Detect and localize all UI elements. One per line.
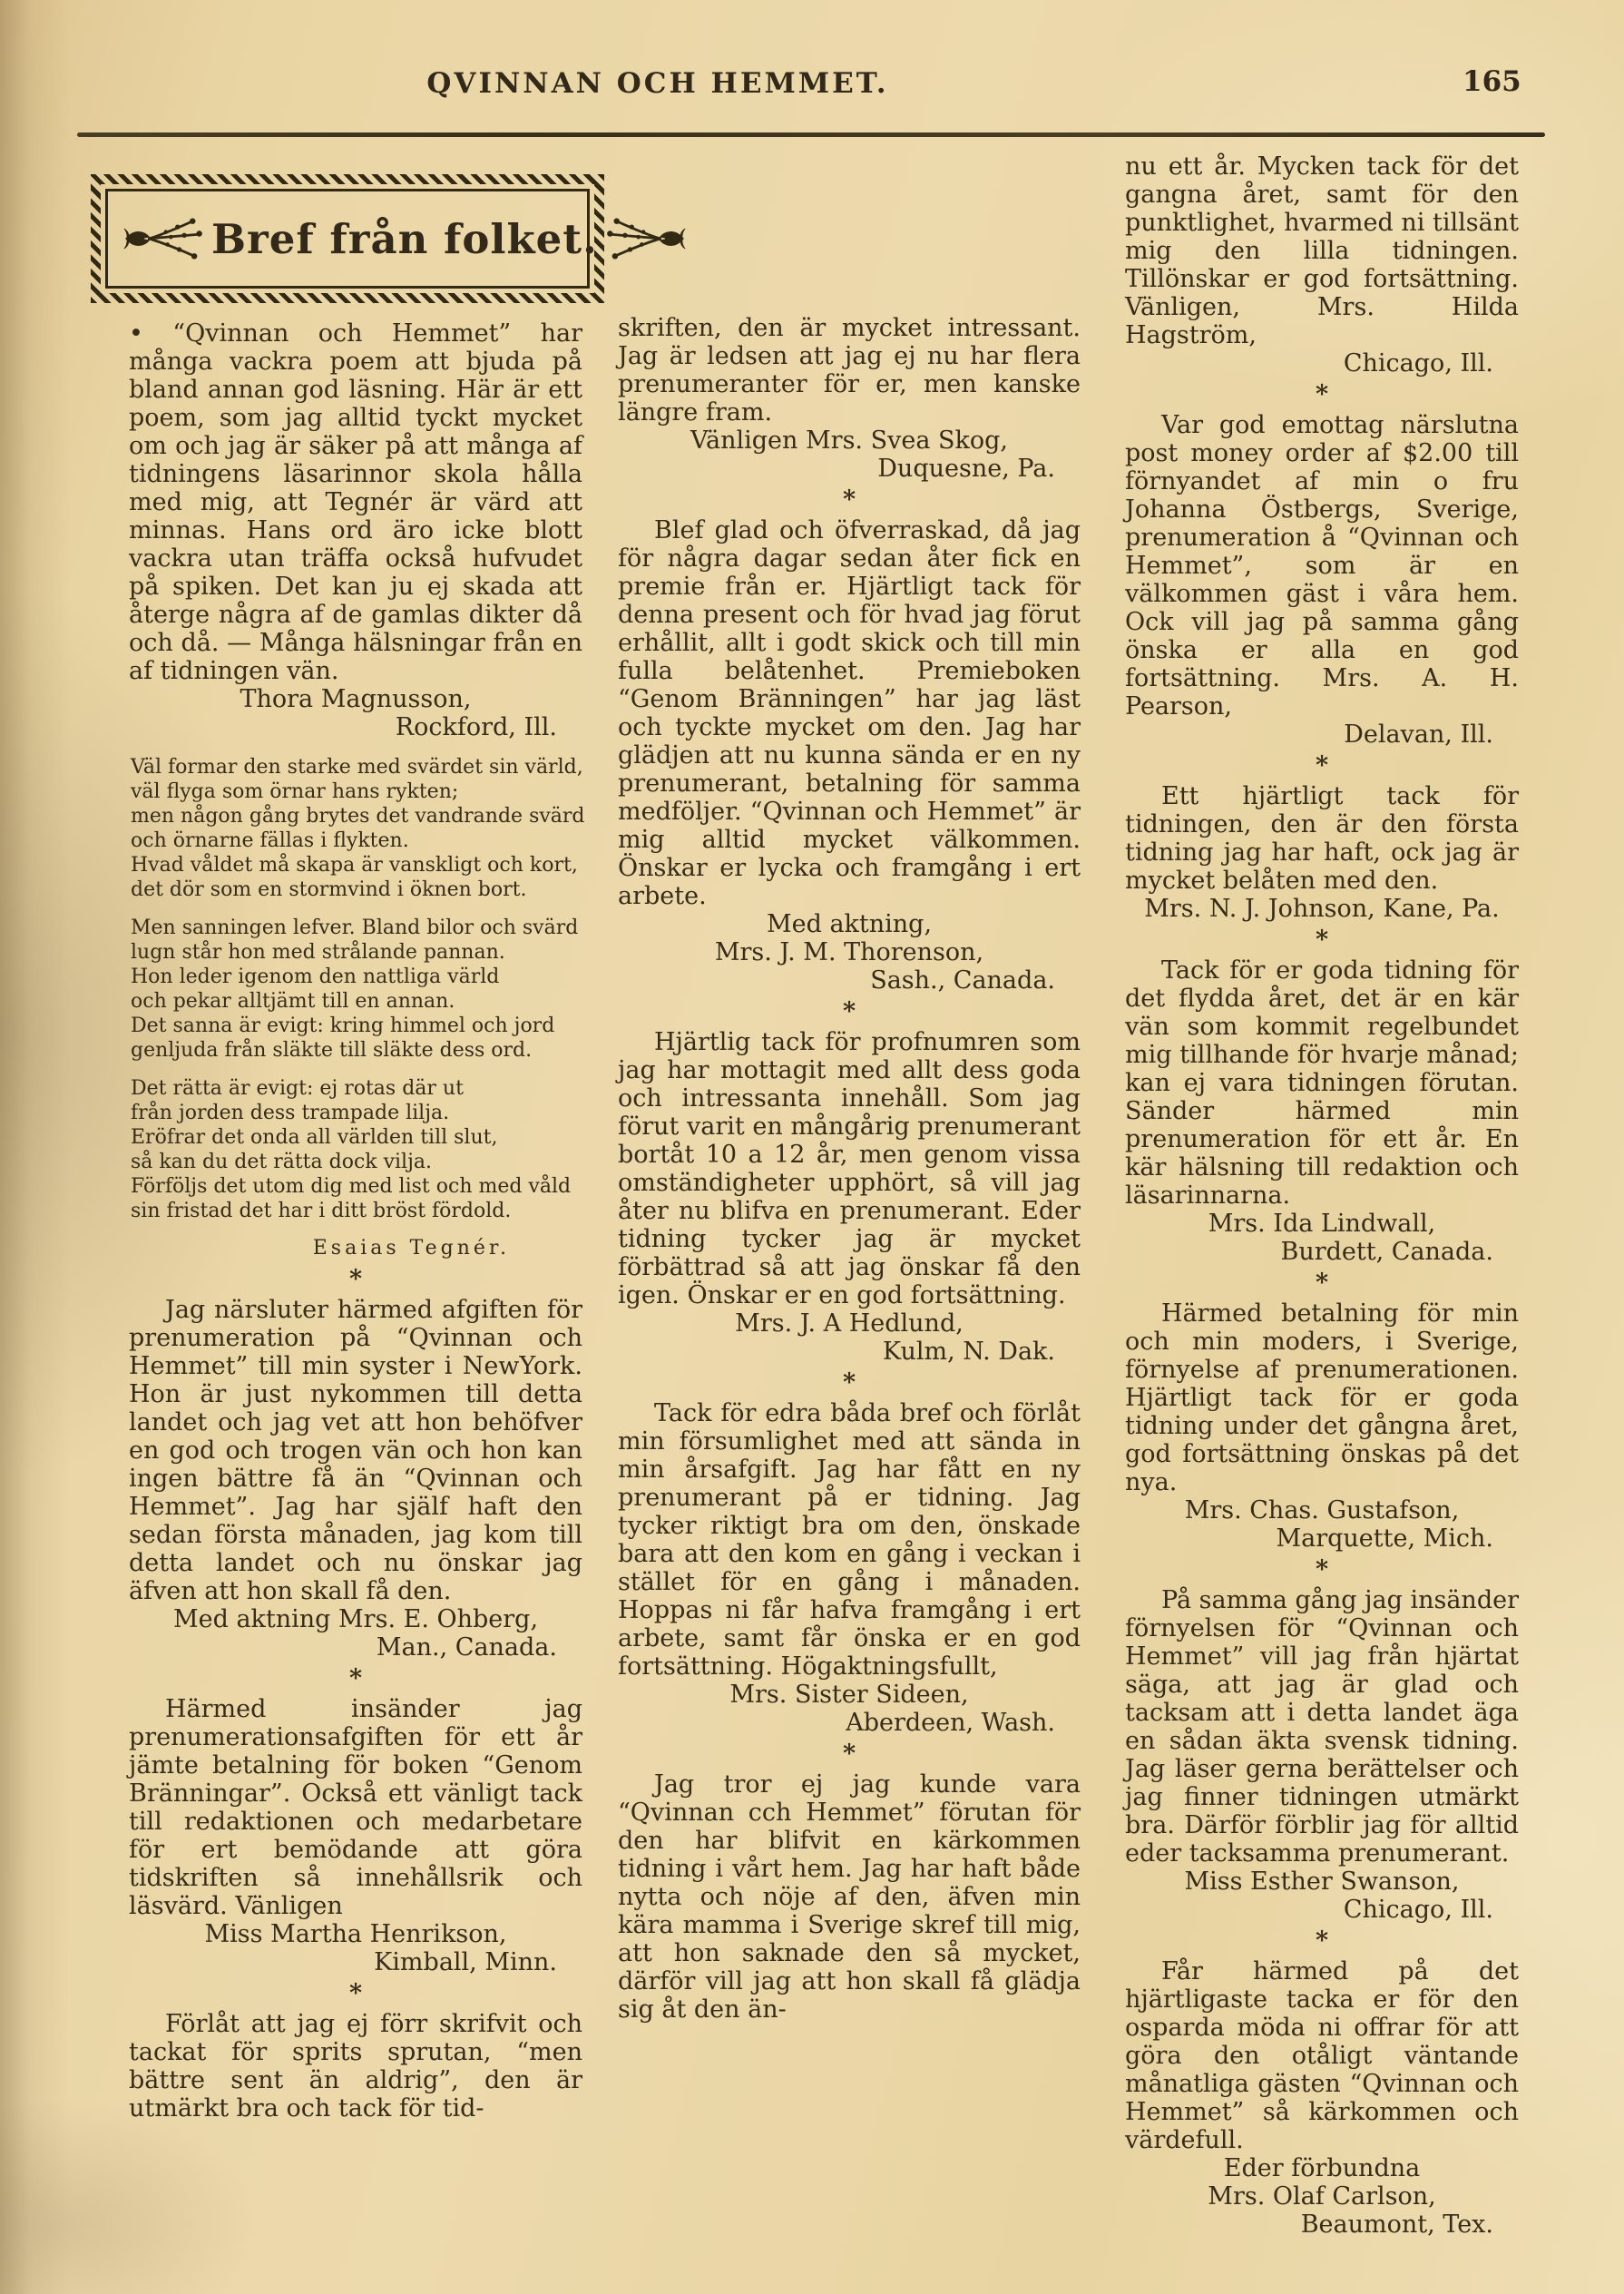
letter-paragraph: På samma gång jag insänder förnyelsen fö… xyxy=(1125,1586,1519,1868)
asterisk-separator: * xyxy=(1125,381,1519,408)
signature-line: Mrs. Sister Sideen, xyxy=(618,1681,1081,1709)
signature-line: Sash., Canada. xyxy=(618,966,1081,995)
signature-line: Vänligen Mrs. Svea Skog, xyxy=(618,426,1081,455)
floral-ornament-left-icon xyxy=(122,214,206,263)
poem-line: Hvad våldet må skapa är vanskligt och ko… xyxy=(131,853,582,877)
asterisk-separator: * xyxy=(129,1980,582,2007)
poem-line: och örnarne fällas i flykten. xyxy=(131,828,582,853)
poem-line: det dör som en stormvind i öknen bort. xyxy=(131,877,582,902)
signature-line: Mrs. J. M. Thorenson, xyxy=(618,938,1081,966)
signature-line: Delavan, Ill. xyxy=(1125,721,1519,749)
letter-paragraph: Tack för er goda tidning för det flydda … xyxy=(1125,956,1519,1210)
poem-line: Det sanna är evigt: kring himmel och jor… xyxy=(131,1014,582,1038)
signature-line: Thora Magnusson, xyxy=(129,685,582,713)
signature-line: Chicago, Ill. xyxy=(1125,1896,1519,1924)
letter-paragraph: Tack för edra båda bref och förlåt min f… xyxy=(618,1399,1081,1681)
asterisk-separator: * xyxy=(129,1665,582,1692)
letter-paragraph: Får härmed på det hjärtligaste tacka er … xyxy=(1125,1957,1519,2154)
asterisk-separator: * xyxy=(1125,1270,1519,1297)
header-rule xyxy=(77,132,1545,137)
signature-line: Man., Canada. xyxy=(129,1633,582,1662)
section-title: Bref från folket. xyxy=(206,215,603,263)
column-3: nu ett år. Mycken tack för det gangna år… xyxy=(1125,152,1519,2239)
poem-line: Det rätta är evigt: ej rotas där ut xyxy=(131,1076,582,1101)
poem-line: Förföljs det utom dig med list och med v… xyxy=(131,1174,582,1199)
poem-line: sin fristad det har i ditt bröst fördold… xyxy=(131,1199,582,1223)
poem-line: så kan du det rätta dock vilja. xyxy=(131,1150,582,1174)
letter-paragraph: Blef glad och öfverraskad, då jag för nå… xyxy=(618,516,1081,910)
poem-line: Eröfrar det onda all världen till slut, xyxy=(131,1125,582,1150)
page-header-title: QVINNAN OCH HEMMET. xyxy=(0,67,1316,100)
signature-line: Burdett, Canada. xyxy=(1125,1238,1519,1266)
asterisk-separator: * xyxy=(618,1740,1081,1768)
asterisk-separator: * xyxy=(1125,1927,1519,1955)
poem-attribution: Esaias Tegnér. xyxy=(129,1234,582,1262)
poem-line: Väl formar den starke med svärdet sin vä… xyxy=(131,755,582,779)
letter-paragraph: skriften, den är mycket intressant. Jag … xyxy=(618,314,1081,426)
poem-line: väl flyga som örnar hans rykten; xyxy=(131,779,582,804)
floral-ornament-right-icon xyxy=(603,214,687,263)
poem-stanza: Men sanningen lefver. Bland bilor och sv… xyxy=(131,916,582,1063)
signature-line: Beaumont, Tex. xyxy=(1125,2211,1519,2239)
signature-line: Chicago, Ill. xyxy=(1125,349,1519,377)
magazine-page: QVINNAN OCH HEMMET. 165 Bref från folket… xyxy=(0,0,1624,2294)
poem-line: men någon gång brytes det vandrande svär… xyxy=(131,804,582,828)
asterisk-separator: * xyxy=(129,1266,582,1293)
letter-paragraph: Härmed betalning för min och min moders,… xyxy=(1125,1299,1519,1496)
section-masthead-box: Bref från folket. xyxy=(91,174,604,303)
letter-paragraph: Var god emottag närslutna post money ord… xyxy=(1125,411,1519,721)
poem-stanza: Det rätta är evigt: ej rotas där utfrån … xyxy=(131,1076,582,1223)
poem-line: Hon leder igenom den nattliga värld xyxy=(131,965,582,989)
poem-line: och pekar alltjämt till en annan. xyxy=(131,989,582,1014)
signature-line: Kimball, Minn. xyxy=(129,1948,582,1976)
signature-line: Mrs. Olaf Carlson, xyxy=(1125,2182,1519,2211)
signature-line: Miss Martha Henrikson, xyxy=(129,1920,582,1948)
poem-line: lugn står hon med strålande pannan. xyxy=(131,940,582,965)
signature-line: Marquette, Mich. xyxy=(1125,1524,1519,1553)
asterisk-separator: * xyxy=(1125,1556,1519,1583)
letter-paragraph: Jag närsluter härmed afgiften för prenum… xyxy=(129,1296,582,1605)
signature-line: Eder förbundna xyxy=(1125,2154,1519,2182)
signature-line: Mrs. Chas. Gustafson, xyxy=(1125,1496,1519,1524)
letter-paragraph: • “Qvinnan och Hemmet” har många vackra … xyxy=(129,319,582,685)
signature-line: Aberdeen, Wash. xyxy=(618,1709,1081,1737)
signature-line: Med aktning, xyxy=(618,910,1081,938)
poem-line: från jorden dess trampade lilja. xyxy=(131,1101,582,1125)
poem-line: Men sanningen lefver. Bland bilor och sv… xyxy=(131,916,582,940)
letter-paragraph: Förlåt att jag ej förr skrifvit och tack… xyxy=(129,2010,582,2122)
signature-line: Mrs. J. A Hedlund, xyxy=(618,1309,1081,1338)
asterisk-separator: * xyxy=(618,1369,1081,1397)
asterisk-separator: * xyxy=(618,998,1081,1025)
signature-line: Mrs. N. J. Johnson, Kane, Pa. xyxy=(1125,895,1519,923)
signature-line: Mrs. Ida Lindwall, xyxy=(1125,1210,1519,1238)
signature-line: Miss Esther Swanson, xyxy=(1125,1868,1519,1896)
masthead-inner-frame: Bref från folket. xyxy=(105,189,590,289)
asterisk-separator: * xyxy=(618,486,1081,514)
asterisk-separator: * xyxy=(1125,752,1519,779)
signature-line: Med aktning Mrs. E. Ohberg, xyxy=(129,1605,582,1633)
letter-paragraph: Jag tror ej jag kunde vara “Qvinnan cch … xyxy=(618,1770,1081,2024)
asterisk-separator: * xyxy=(1125,926,1519,954)
signature-line: Rockford, Ill. xyxy=(129,713,582,741)
letter-paragraph: Härmed insänder jag prenumerationsafgift… xyxy=(129,1695,582,1920)
poem-line: genljuda från släkte till släkte dess or… xyxy=(131,1038,582,1063)
poem-stanza: Väl formar den starke med svärdet sin vä… xyxy=(131,755,582,902)
signature-line: Duquesne, Pa. xyxy=(618,455,1081,483)
letter-paragraph: Hjärtlig tack för profnumren som jag har… xyxy=(618,1028,1081,1309)
column-1: • “Qvinnan och Hemmet” har många vackra … xyxy=(129,319,582,2122)
column-2: skriften, den är mycket intressant. Jag … xyxy=(618,314,1081,2024)
page-number: 165 xyxy=(1463,65,1521,98)
letter-paragraph: nu ett år. Mycken tack för det gangna år… xyxy=(1125,152,1519,349)
signature-line: Kulm, N. Dak. xyxy=(618,1338,1081,1366)
letter-paragraph: Ett hjärtligt tack för tidningen, den är… xyxy=(1125,782,1519,895)
